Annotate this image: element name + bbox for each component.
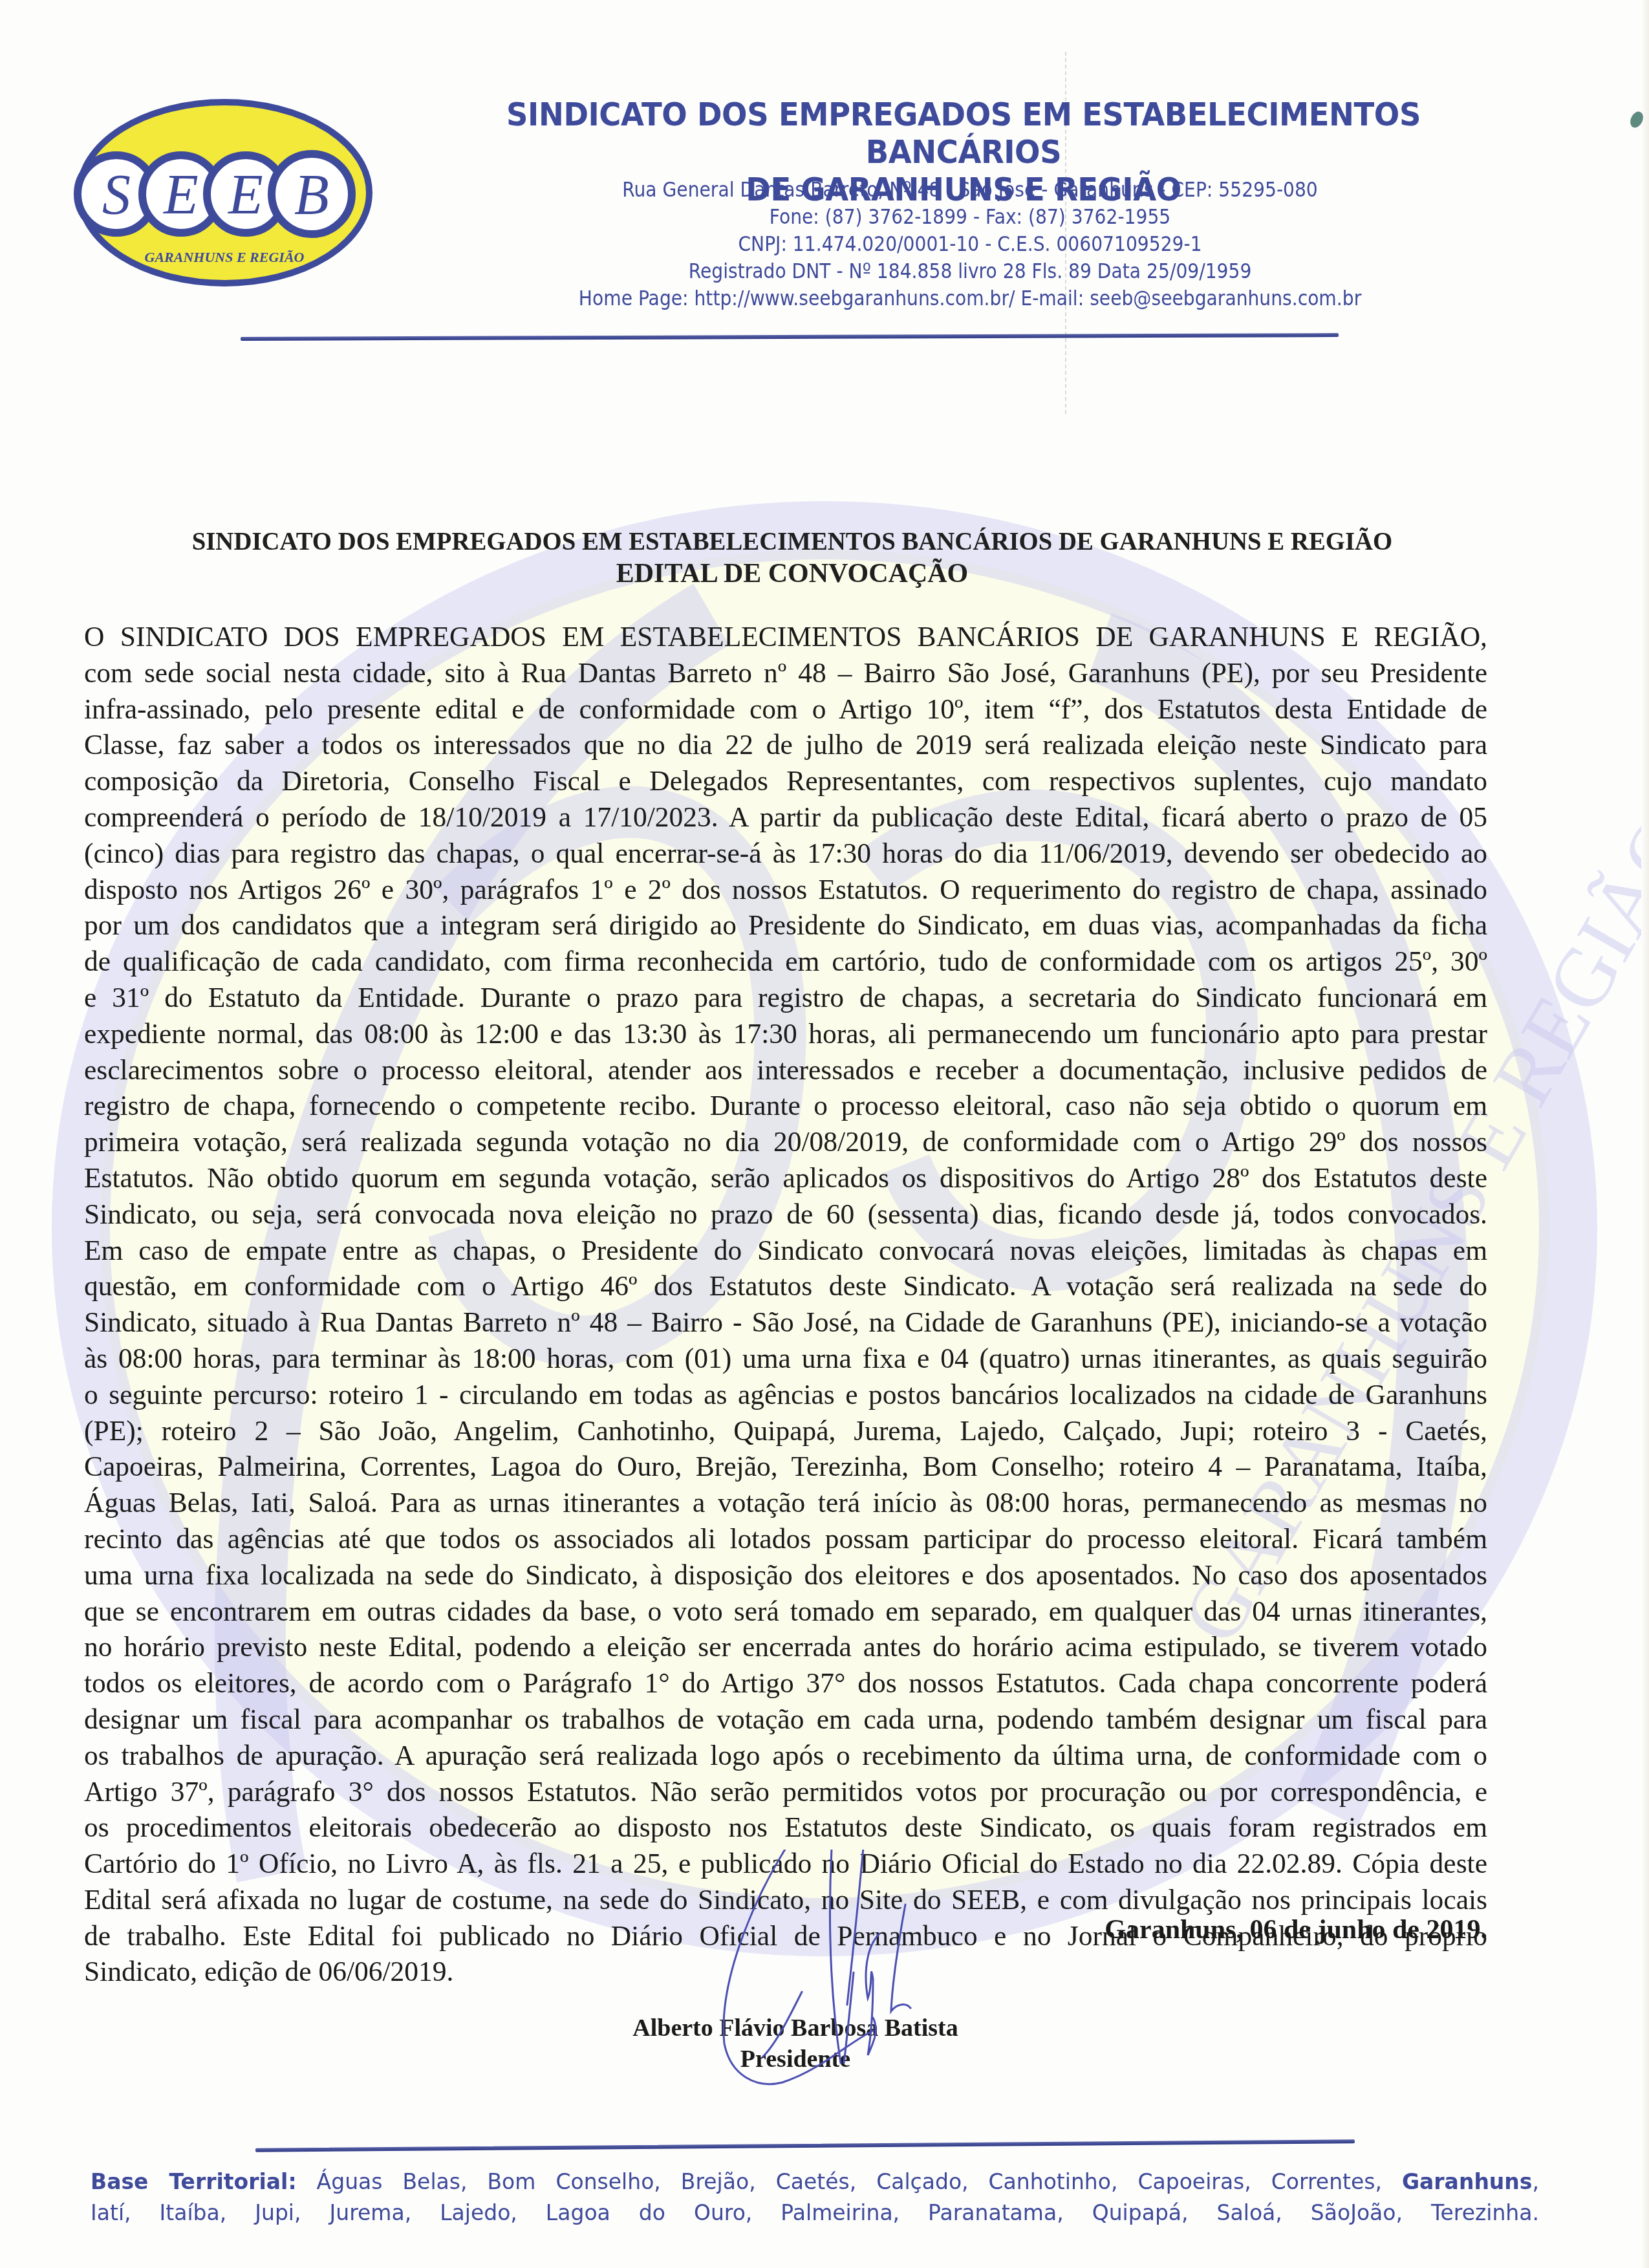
document-title: EDITAL DE CONVOCAÇÃO xyxy=(97,557,1487,590)
body-line: composição da Diretoria, Conselho Fiscal… xyxy=(84,764,1487,800)
body-line: Sindicato, ou seja, será convocada nova … xyxy=(84,1197,1487,1233)
body-line: Artigo 37º, parágrafo 3° dos nossos Esta… xyxy=(84,1775,1487,1811)
body-line: compreenderá o período de 18/10/2019 a 1… xyxy=(84,800,1487,836)
body-line: Em caso de empate entre as chapas, o Pre… xyxy=(84,1233,1487,1269)
body-line: os procedimentos eleitorais obedecerão a… xyxy=(84,1810,1487,1846)
body-line: Classe, faz saber a todos os interessado… xyxy=(84,728,1487,764)
base-territorial-cities-1: Águas Belas, Bom Conselho, Brejão, Caeté… xyxy=(297,2169,1402,2194)
body-line: esclarecimentos sobre o processo eleitor… xyxy=(84,1053,1487,1089)
body-line: expediente normal, das 08:00 às 12:00 e … xyxy=(84,1017,1487,1053)
footer-divider xyxy=(255,2139,1355,2152)
body-line: que se encontrarem em outras cidades da … xyxy=(84,1594,1487,1630)
header-divider xyxy=(241,333,1339,341)
body-line: por um dos candidatos que a integram ser… xyxy=(84,908,1487,944)
logo-subtitle: GARANHUNS E REGIÃO xyxy=(145,249,305,265)
body-line: O SINDICATO DOS EMPREGADOS EM ESTABELECI… xyxy=(84,620,1487,656)
body-line: Capoeiras, Palmeirina, Correntes, Lagoa … xyxy=(84,1449,1487,1485)
body-line: uma urna fixa localizada na sede do Sind… xyxy=(84,1558,1487,1594)
body-line: os trabalhos de apuração. A apuração ser… xyxy=(84,1738,1487,1775)
org-contact-info: Rua General Dantas Barreto, Nº 48 - São … xyxy=(515,176,1425,312)
page-edge xyxy=(1641,0,1649,2268)
body-line: de qualificação de cada candidato, com f… xyxy=(84,944,1487,980)
org-address: Rua General Dantas Barreto, Nº 48 - São … xyxy=(515,176,1425,203)
base-territorial-comma: , xyxy=(1533,2169,1540,2194)
org-registration: Registrado DNT - Nº 184.858 livro 28 Fls… xyxy=(515,257,1425,285)
edital-body: O SINDICATO DOS EMPREGADOS EM ESTABELECI… xyxy=(84,620,1487,1991)
base-territorial: Base Territorial: Águas Belas, Bom Conse… xyxy=(91,2166,1539,2229)
body-line: Sindicato, situado à Rua Dantas Barreto … xyxy=(84,1305,1487,1341)
body-line: recinto das agências até que todos os as… xyxy=(84,1522,1487,1558)
body-line: com sede social nesta cidade, sito à Rua… xyxy=(84,656,1487,692)
base-territorial-line-2: Iatí, Itaíba, Jupi, Jurema, Lajedo, Lago… xyxy=(91,2198,1539,2229)
body-line: todos os eleitores, de acordo com o Pará… xyxy=(84,1666,1487,1702)
document-org-heading: SINDICATO DOS EMPREGADOS EM ESTABELECIME… xyxy=(118,525,1467,557)
org-title-line-1: SINDICATO DOS EMPREGADOS EM ESTABELECIME… xyxy=(404,96,1523,171)
org-web-email: Home Page: http://www.seebgaranhuns.com.… xyxy=(515,285,1425,312)
document-heading: SINDICATO DOS EMPREGADOS EM ESTABELECIME… xyxy=(97,525,1487,590)
body-line: Águas Belas, Iati, Saloá. Para as urnas … xyxy=(84,1485,1487,1522)
logo-letter-s: S xyxy=(102,164,131,226)
base-territorial-line-1: Base Territorial: Águas Belas, Bom Conse… xyxy=(91,2166,1539,2198)
body-line: infra-assinado, pelo presente edital e d… xyxy=(84,692,1487,728)
logo-letter-e1: E xyxy=(162,164,199,226)
org-phone: Fone: (87) 3762-1899 - Fax: (87) 3762-19… xyxy=(515,203,1425,230)
body-line: disposto nos Artigos 26º e 30º, parágraf… xyxy=(84,872,1487,909)
body-line: o seguinte percurso: roteiro 1 - circula… xyxy=(84,1377,1487,1414)
handwritten-signature xyxy=(679,1850,951,2095)
place-and-date: Garanhuns, 06 de junho de 2019. xyxy=(1105,1914,1487,1945)
logo-letter-b: B xyxy=(294,164,329,226)
body-line: (cinco) dias para registro das chapas, o… xyxy=(84,836,1487,872)
body-line: registro de chapa, fornecendo o competen… xyxy=(84,1088,1487,1125)
body-line: (PE); roteiro 2 – São João, Angelim, Can… xyxy=(84,1414,1487,1450)
seeb-logo: S E E B GARANHUNS E REGIÃO xyxy=(72,97,376,291)
body-line: no horário previsto neste Edital, podend… xyxy=(84,1630,1487,1666)
body-line: às 08:00 horas, para terminar às 18:00 h… xyxy=(84,1341,1487,1377)
base-territorial-garanhuns: Garanhuns xyxy=(1402,2169,1533,2194)
body-line: designar um fiscal para acompanhar os tr… xyxy=(84,1702,1487,1738)
logo-letter-e2: E xyxy=(227,164,263,226)
body-line: questão, em conformidade com o Artigo 46… xyxy=(84,1269,1487,1305)
body-line: Estatutos. Não obtido quorum em segunda … xyxy=(84,1161,1487,1197)
base-territorial-label: Base Territorial: xyxy=(91,2169,297,2194)
body-line: e 31º do Estatuto da Entidade. Durante o… xyxy=(84,980,1487,1017)
org-cnpj: CNPJ: 11.474.020/0001-10 - C.E.S. 006071… xyxy=(515,230,1425,257)
body-line: primeira votação, será realizada segunda… xyxy=(84,1125,1487,1161)
